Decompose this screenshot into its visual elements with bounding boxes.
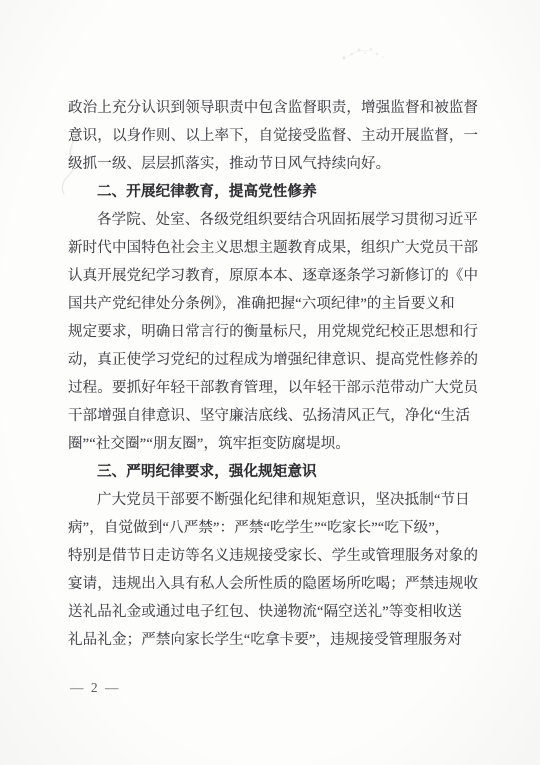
document-text-block: 政治上充分认识到领导职责中包含监督职责，增强监督和被监督意识，以身作则、以上率下… [68,94,480,654]
text-line: 政治上充分认识到领导职责中包含监督职责，增强监督和被监督 [68,94,480,122]
text-line: 国共产党纪律处分条例》，准确把握“六项纪律”的主旨要义和 [68,290,480,318]
text-line: 干部增强自律意识、坚守廉洁底线、弘扬清风正气，净化“生活 [68,402,480,430]
text-line: 礼品礼金；严禁向家长学生“吃拿卡要”，违规接受管理服务对 [68,626,480,654]
text-line: 送礼品礼金或通过电子红包、快递物流“隔空送礼”等变相收送 [68,598,480,626]
text-line: 广大党员干部要不断强化纪律和规矩意识，坚决抵制“节日 [68,486,480,514]
text-line: 宴请，违规出入具有私人会所性质的隐匿场所吃喝；严禁违规收 [68,570,480,598]
text-line: 动，真正使学习党纪的过程成为增强纪律意识、提高党性修养的 [68,346,480,374]
text-line: 圈”“社交圈”“朋友圈”，筑牢拒变防腐堤坝。 [68,430,480,458]
text-line: 规定要求，明确日常言行的衡量标尺，用党规党纪校正思想和行 [68,318,480,346]
scan-smudge-mark [338,44,390,66]
section-heading-line: 三、严明纪律要求，强化规矩意识 [68,458,480,486]
text-line: 特别是借节日走访等名义违规接受家长、学生或管理服务对象的 [68,542,480,570]
text-line: 级抓一级、层层抓落实，推动节日风气持续向好。 [68,150,480,178]
text-line: 各学院、处室、各级党组织要结合巩固拓展学习贯彻习近平 [68,206,480,234]
page-number: — 2 — [70,680,121,696]
document-page: 政治上充分认识到领导职责中包含监督职责，增强监督和被监督意识，以身作则、以上率下… [0,0,540,765]
text-line: 过程。要抓好年轻干部教育管理，以年轻干部示范带动广大党员 [68,374,480,402]
text-line: 认真开展党纪学习教育，原原本本、逐章逐条学习新修订的《中 [68,262,480,290]
text-line: 病”，自觉做到“八严禁”：严禁“吃学生”“吃家长”“吃下级”， [68,514,480,542]
text-line: 意识，以身作则、以上率下，自觉接受监督、主动开展监督，一 [68,122,480,150]
section-heading-line: 二、开展纪律教育，提高党性修养 [68,178,480,206]
text-line: 新时代中国特色社会主义思想主题教育成果，组织广大党员干部 [68,234,480,262]
